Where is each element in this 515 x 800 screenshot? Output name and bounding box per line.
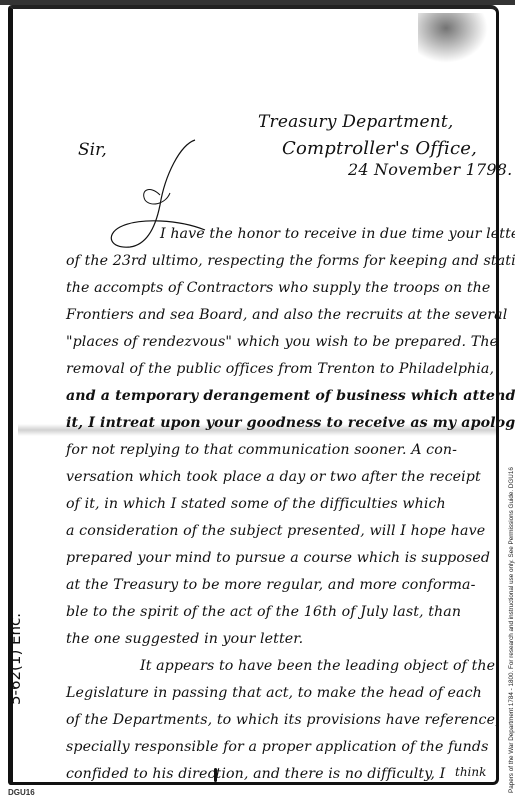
header-date: 24 November 1798. [348,160,512,179]
body-line-8: it, I intreat upon your goodness to rece… [66,415,515,431]
body-line-18: Legislature in passing that act, to make… [66,685,482,701]
body-line-12: a consideration of the subject presented… [66,523,485,539]
body-line-20: specially responsible for a proper appli… [66,739,488,755]
body-line-21: confided to his direction, and there is … [66,766,445,782]
corner-smudge [418,13,488,63]
document-id: DGU16 [8,788,35,797]
body-line-5: "places of rendezvous" which you wish to… [66,334,498,350]
usage-notice: Papers of the War Department 1784 - 1800… [508,467,515,793]
body-line-14: at the Treasury to be more regular, and … [66,577,475,593]
body-line-2: of the 23rd ultimo, respecting the forms… [66,253,515,269]
body-line-15: ble to the spirit of the act of the 16th… [66,604,461,620]
body-line-9: for not replying to that communication s… [66,442,457,458]
body-line-16: the one suggested in your letter. [66,631,303,647]
body-line-7: and a temporary derangement of business … [66,388,515,404]
body-line-11: of it, in which I stated some of the dif… [66,496,446,512]
body-line-19: of the Departments, to which its provisi… [66,712,500,728]
body-line-6: removal of the public offices from Trent… [66,361,494,377]
scanned-page: Treasury Department, Comptroller's Offic… [0,0,515,800]
header-office: Comptroller's Office, [282,138,477,159]
page-mark [214,768,217,782]
body-line-13: prepared your mind to pursue a course wh… [66,550,490,566]
body-line-10: versation which took place a day or two … [66,469,481,485]
header-department: Treasury Department, [258,112,454,132]
body-line-17: It appears to have been the leading obje… [140,658,495,674]
catchword: think [455,765,486,779]
body-line-3: the accompts of Contractors who supply t… [66,280,490,296]
archival-margin-note: 5-62(1) Enc. [6,613,24,705]
body-line-4: Frontiers and sea Board, and also the re… [66,307,507,323]
body-line-1: I have the honor to receive in due time … [160,226,515,242]
